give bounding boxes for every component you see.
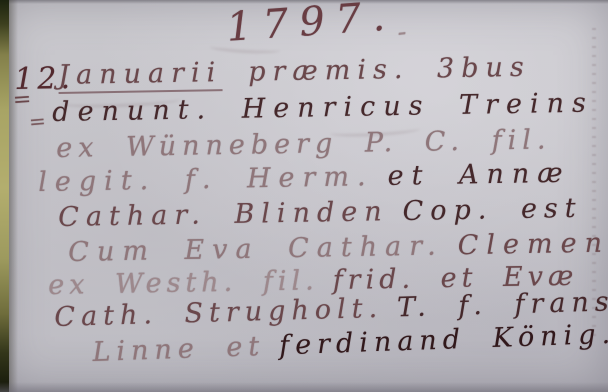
month-word: Januarii xyxy=(58,57,223,94)
line-4-segment-b: et Annæ xyxy=(387,158,571,192)
page-gutter-shadow xyxy=(9,0,18,392)
heading-flourish: - xyxy=(396,16,414,47)
line-5-segment-b: Cop. est xyxy=(402,193,583,227)
entry-line-2: denunt. Henricus Treins xyxy=(52,88,594,128)
line-4-segment-a: legit. f. Herm. xyxy=(38,161,374,198)
line-5-segment-a: Cathar. Blinden xyxy=(58,196,389,233)
entry-line-1: Januariipræmis. 3bus xyxy=(58,52,531,91)
entry-line-3: ex Wünneberg P. C. fil. xyxy=(56,124,552,164)
line-9-segment-a: Linne et xyxy=(92,331,266,368)
page-bottom-edge xyxy=(0,382,608,392)
year-heading: 1797. xyxy=(225,0,397,51)
line-6-segment-a: Cum Eva Cathar. xyxy=(68,230,444,268)
line-2-mark: = xyxy=(28,108,53,134)
line-1-text: præmis. 3bus xyxy=(248,52,531,88)
entry-line-5: Cathar. BlindenCop. est xyxy=(58,193,583,233)
line-6-segment-b: Clemens xyxy=(457,227,608,261)
manuscript-photo: 1797. - 12. = Januariipræmis. 3bus = den… xyxy=(0,0,608,392)
line-8-segment-b: T. f. frans xyxy=(397,286,608,323)
page-gutter-strip xyxy=(0,0,9,392)
entry-line-4: legit. f. Herm.et Annæ xyxy=(38,158,571,198)
